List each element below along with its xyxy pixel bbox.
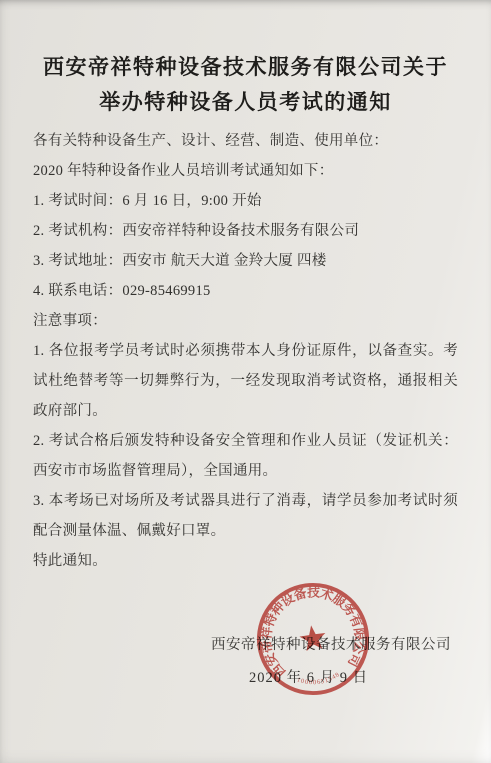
exam-item-organization: 2. 考试机构：西安帝祥特种设备技术服务有限公司 — [33, 216, 458, 246]
note-certificate: 2. 考试合格后颁发特种设备安全管理和作业人员证（发证机关：西安市市场监督管理局… — [33, 426, 458, 486]
exam-item-address: 3. 考试地址：西安市 航天大道 金羚大厦 四楼 — [33, 246, 458, 276]
exam-item-time: 1. 考试时间：6 月 16 日，9:00 开始 — [33, 186, 458, 216]
notice-document: 西安帝祥特种设备技术服务有限公司关于 举办特种设备人员考试的通知 各有关特种设备… — [33, 50, 458, 576]
notice-photo: 西安帝祥特种设备技术服务有限公司关于 举办特种设备人员考试的通知 各有关特种设备… — [0, 0, 491, 763]
title-line-1: 西安帝祥特种设备技术服务有限公司关于 — [33, 50, 458, 85]
notice-title: 西安帝祥特种设备技术服务有限公司关于 举办特种设备人员考试的通知 — [33, 50, 458, 120]
salutation: 各有关特种设备生产、设计、经营、制造、使用单位： — [33, 126, 458, 156]
company-seal: 西安帝祥特种设备技术服务有限公司 0100006515480 — [246, 572, 379, 705]
notice-body: 各有关特种设备生产、设计、经营、制造、使用单位： 2020 年特种设备作业人员培… — [33, 126, 458, 576]
exam-item-phone: 4. 联系电话：029-85469915 — [33, 276, 458, 306]
note-disinfection: 3. 本考场已对场所及考试器具进行了消毒，请学员参加考试时须配合测量体温、佩戴好… — [33, 486, 458, 546]
title-line-2: 举办特种设备人员考试的通知 — [33, 85, 458, 120]
intro-line: 2020 年特种设备作业人员培训考试通知如下： — [33, 156, 458, 186]
note-id-required: 1. 各位报考学员考试时必须携带本人身份证原件，以备查实。考试杜绝替考等一切舞弊… — [33, 336, 458, 426]
closing-line: 特此通知。 — [33, 546, 458, 576]
notes-heading: 注意事项： — [33, 306, 458, 336]
seal-star-icon — [298, 624, 327, 652]
